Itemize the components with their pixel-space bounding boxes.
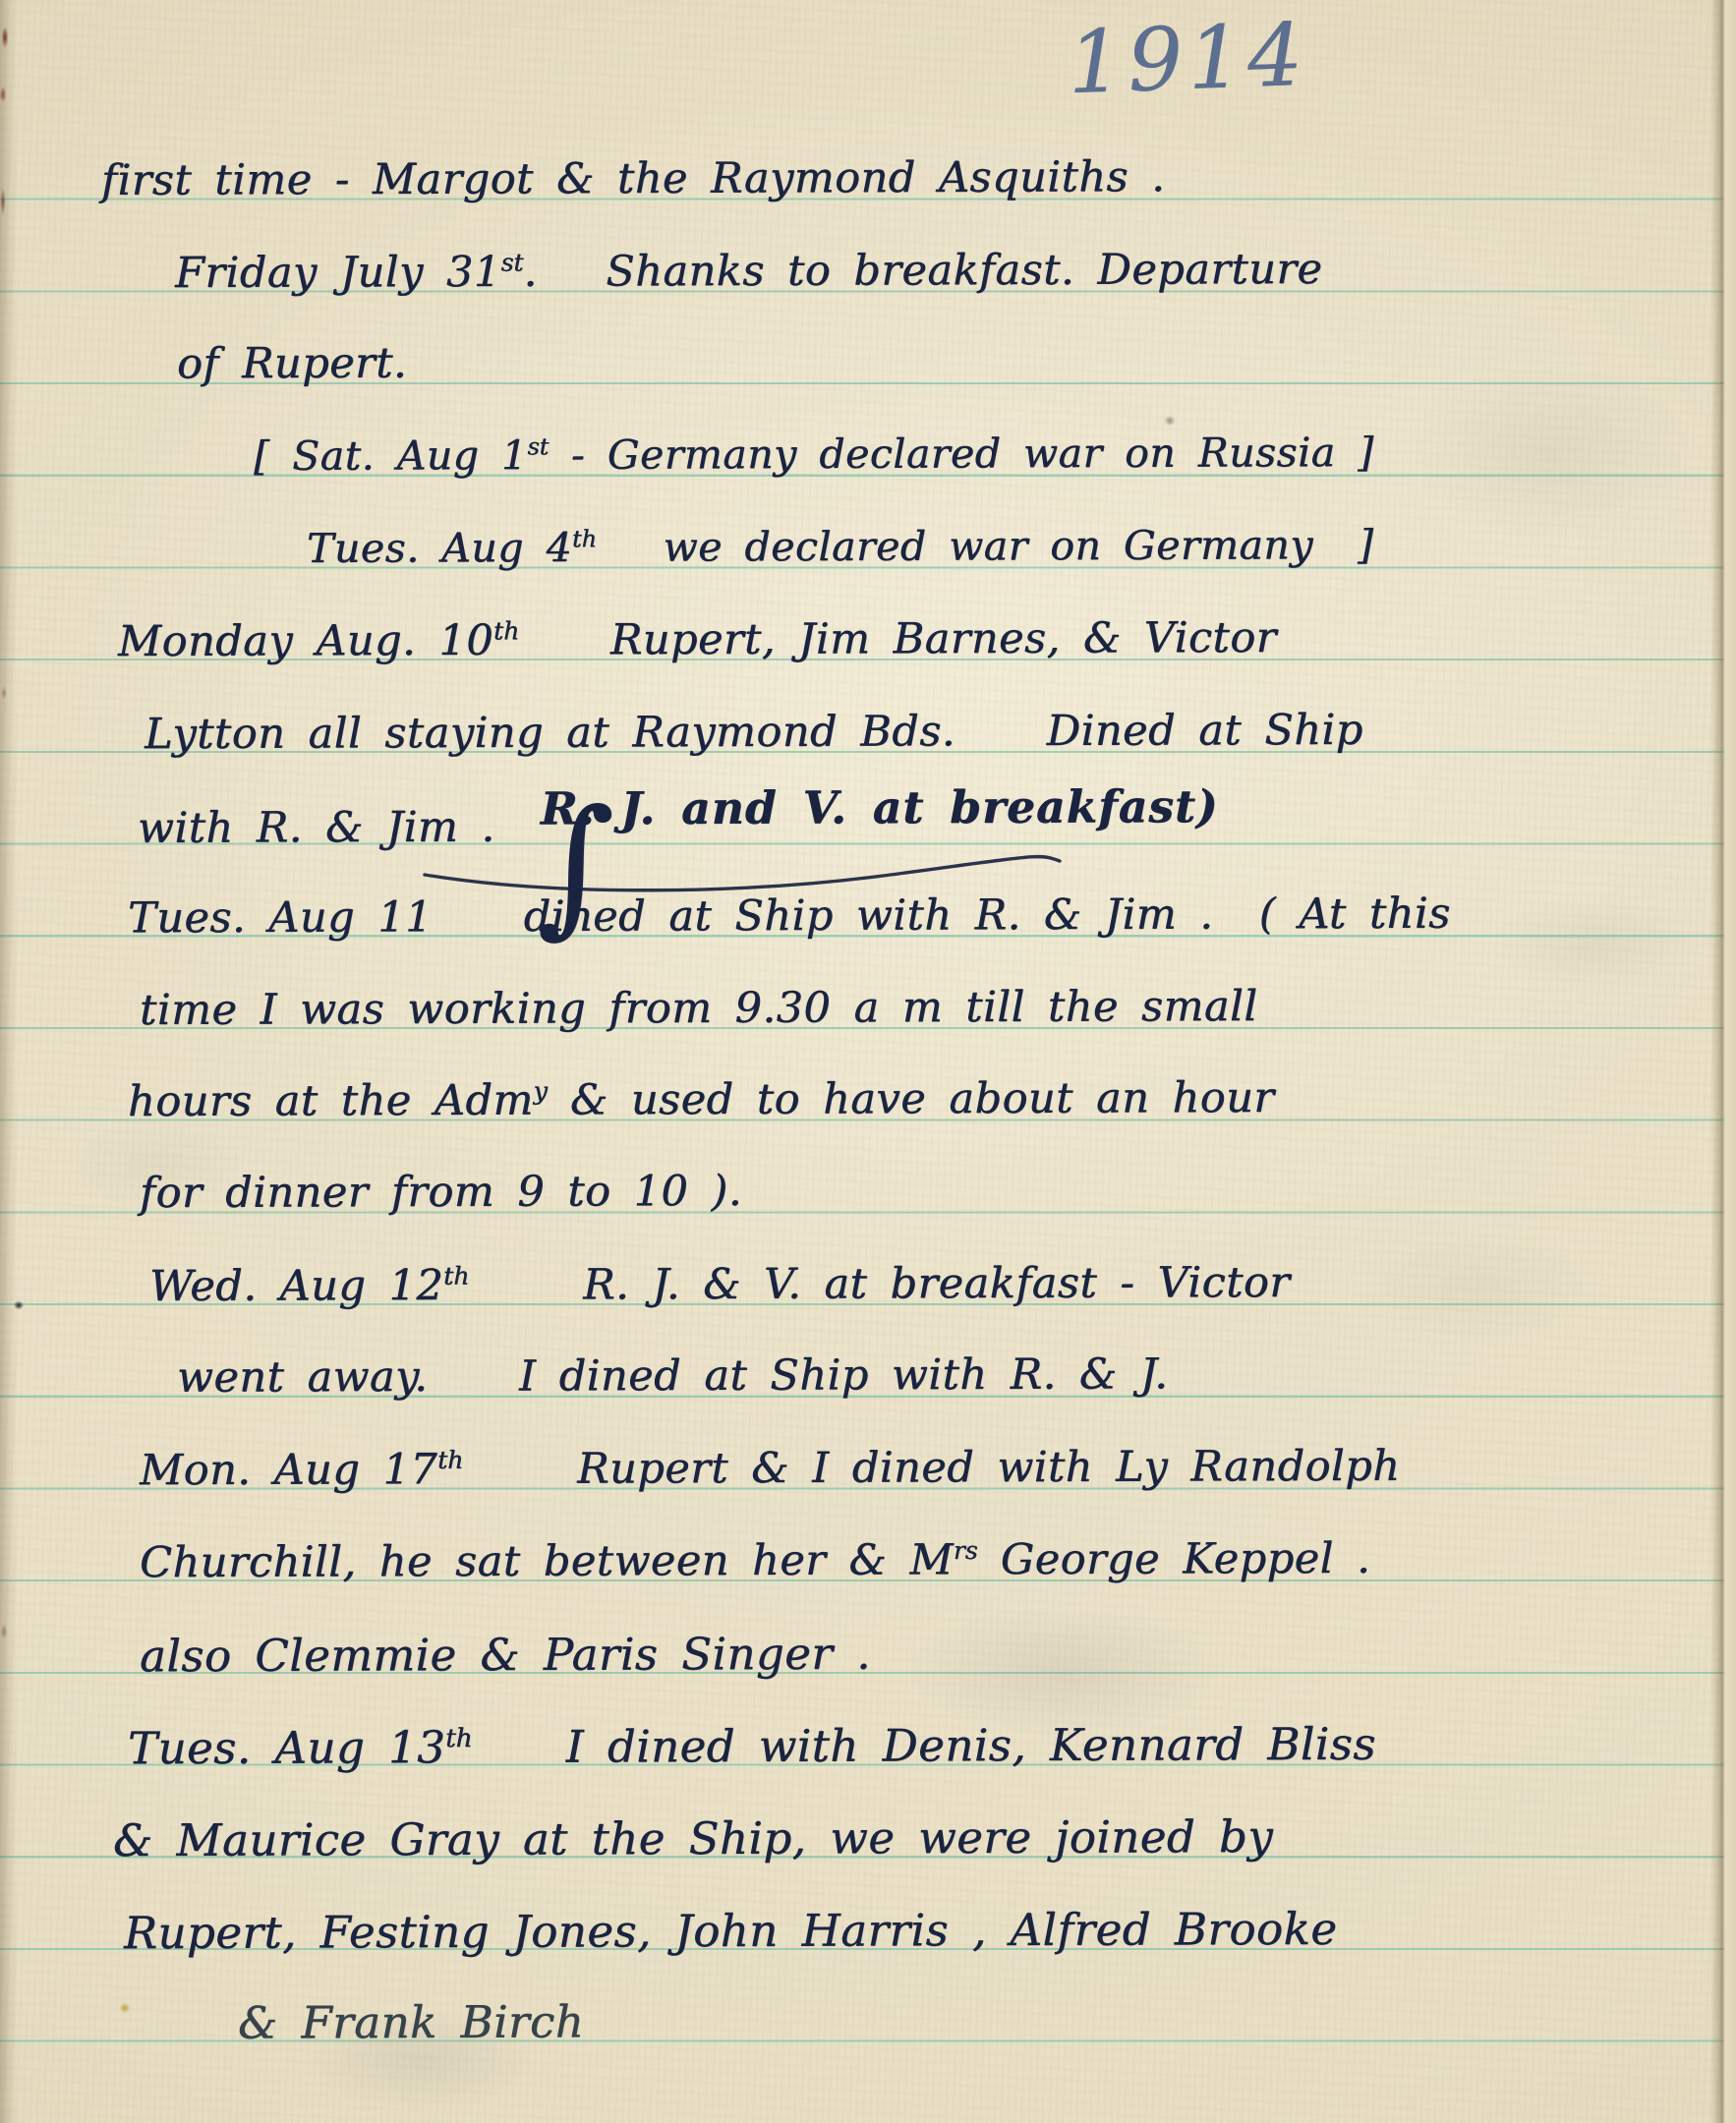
diary-line: Friday July 31st. Shanks to breakfast. D…	[175, 249, 1322, 295]
diary-line: Tues. Aug 11 dined at Ship with R. & Jim…	[128, 893, 1451, 941]
diary-line: Wed. Aug 12th R. J. & V. at breakfast - …	[149, 1262, 1290, 1308]
diary-line: Churchill, he sat between her & Mrs Geor…	[140, 1538, 1370, 1585]
diary-line: & Frank Birch	[238, 2000, 584, 2045]
diary-line: [ Sat. Aug 1st - Germany declared war on…	[254, 432, 1374, 477]
diary-line: of Rupert.	[177, 342, 407, 385]
diary-line: time I was working from 9.30 a m till th…	[140, 986, 1258, 1032]
page-edge	[1710, 0, 1736, 2123]
insertion-brace: ∫	[537, 790, 614, 940]
diary-line: with R. & Jim . R. J. and V. at breakfas…	[138, 801, 1219, 850]
binding-edge	[0, 0, 18, 2123]
diary-line: Tues. Aug 13th I dined with Denis, Kenna…	[128, 1722, 1376, 1770]
diary-line: Mon. Aug 17th Rupert & I dined with Ly R…	[140, 1446, 1400, 1493]
diary-line: first time - Margot & the Raymond Asquit…	[101, 156, 1165, 202]
diary-line: Lytton all staying at Raymond Bds. Dined…	[145, 709, 1363, 755]
stains-overlay	[0, 0, 1736, 2123]
year-label: 1914	[1066, 4, 1308, 113]
binding-marks	[0, 0, 26, 2123]
diary-line: Rupert, Festing Jones, John Harris , Alf…	[124, 1906, 1338, 1954]
diary-line: & Maurice Gray at the Ship, we were join…	[113, 1814, 1273, 1863]
diary-line: went away. I dined at Ship with R. & J.	[177, 1354, 1168, 1401]
diary-line: Monday Aug. 10th Rupert, Jim Barnes, & V…	[118, 617, 1277, 663]
paper-grain	[0, 0, 1736, 2123]
diary-page: 1914 first time - Margot & the Raymond A…	[0, 0, 1736, 2123]
diary-line: hours at the Admy & used to have about a…	[128, 1077, 1274, 1123]
diary-line: for dinner from 9 to 10 ).	[140, 1171, 742, 1215]
diary-line: Tues. Aug 4th we declared war on Germany…	[307, 525, 1374, 569]
diary-line: also Clemmie & Paris Singer .	[140, 1631, 871, 1678]
